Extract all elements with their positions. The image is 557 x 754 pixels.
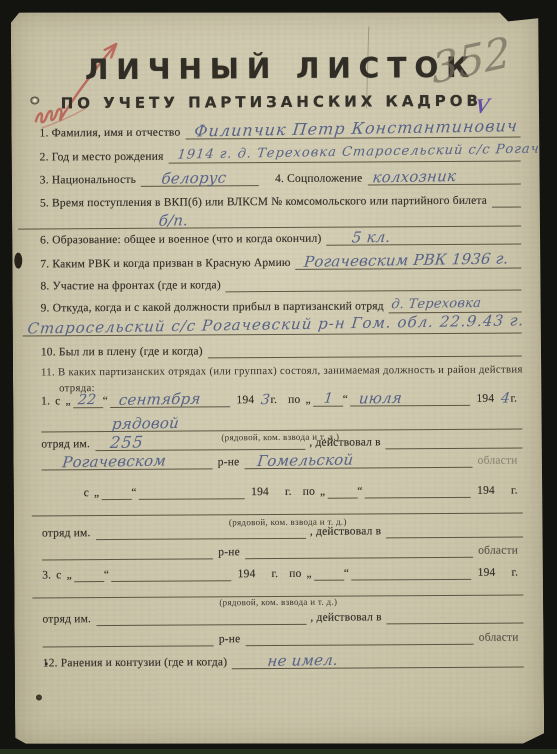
field-party-value: б/п. [158,213,189,227]
form-title: ЛИЧНЫЙ ЛИСТОК [81,51,481,86]
entry-2-position-line [32,500,523,517]
entry-3-from-month-line [111,567,232,582]
token-194: 194 [476,393,494,406]
token-g: г. [285,486,292,499]
field-fronts-label: 8. Участие на фронтах (где и когда) [40,279,221,293]
field-rvk: 7. Каким РВК и когда призван в Красную А… [40,255,521,272]
token-oblasti: области [478,545,518,558]
field-social-line: колхозник [367,171,520,186]
token-quote-close: “ [357,485,362,498]
entry-3-region-line [245,631,473,646]
field-rvk-label: 7. Каким РВК и когда призван в Красную А… [40,257,290,272]
entry-1-unit: 255 [109,435,144,450]
token-s: с [55,395,60,408]
entry-3-to-day-line [314,567,344,581]
field-fronts-line [226,277,522,293]
entry-1-area-line [386,435,523,450]
field-party-line [492,194,521,208]
scan-edge-strip [0,749,557,754]
service-entry-2-unit-row: отряд им. , действовал в [42,524,523,541]
token-s: с [56,569,61,582]
service-entry-1-position-row: рядовой [41,416,522,433]
entry-3-area-line [387,610,524,625]
field-birth-line: 1914 г. д. Тереховка Старосельский с/с Р… [169,148,521,164]
entry-3-district-line [43,632,214,647]
entry-2-to-day-line [327,485,357,499]
field-wounds-label: 12. Ранения и контузии (где и когда) [43,656,228,670]
field-surname-value: Филипчик Петр Константинович [193,119,518,138]
token-deystvoval: , действовал в [310,611,381,624]
check-mark: V [474,93,492,119]
token-g: г. [271,568,278,581]
field-arrival-line2-rule: Старосельский с/с Рогачевский р-н Гом. о… [23,320,522,337]
entry-1-from-year-digit: 3 [260,393,271,407]
token-deystvoval: , действовал в [309,436,380,449]
entry-1-to-day-line: 1 [313,393,343,407]
field-social-value: колхозник [371,169,456,184]
field-birth-value: 1914 г. д. Тереховка Старосельский с/с Р… [177,142,557,163]
token-194: 194 [478,567,496,580]
token-quote-close: “ [344,568,349,581]
service-entry-3-unit-row: отряд им. , действовал в [42,610,523,627]
field-social-label: 4. Соцположение [275,172,362,186]
document-scan: { "colors": { "paper": "#cdc7ad", "print… [0,0,557,754]
token-deystvoval: , действовал в [310,525,381,538]
field-captivity: 10. Был ли в плену (где и когда) [41,343,522,360]
entry-2-unit-line [96,525,306,540]
field-arrival-value2: Старосельский с/с Рогачевский р-н Гом. о… [27,313,525,335]
paper-speck [36,694,42,700]
entry-1-to-day: 1 [323,392,334,406]
token-quote-open: „ [94,487,99,500]
token-po: по [303,486,315,499]
token-otryad-im: отряд им. [41,438,90,451]
entry-1-unit-line: 255 [95,436,305,451]
entry-3-from-day-line [74,568,104,582]
entry-2-district-line [42,545,213,560]
entry-2-to-month-line [365,484,472,499]
token-194: 194 [477,485,495,498]
token-rne: р-не [218,546,240,559]
field-wounds-value: не имел. [267,653,339,668]
field-education-value: 5 кл. [352,230,392,245]
field-surname-line: Филипчик Петр Константинович [185,124,520,140]
entry-2-from-day-line [101,486,131,500]
entry-1-region: Гомельской [256,453,354,469]
token-g: г. [511,567,518,580]
form-subtitle: ПО УЧЕТУ ПАРТИЗАНСКИХ КАДРОВ [51,92,491,113]
token-194: 194 [236,394,254,407]
entry-3-unit-line [96,611,306,626]
service-entry-2-position-row [32,500,523,517]
field-party: 5. Время поступления в ВКП(б) или ВЛКСМ … [40,194,521,211]
entry-1-position-line: рядовой [41,416,522,433]
entry-3-to-month-line [351,566,472,581]
token-quote-open: „ [305,394,310,407]
entry-2-from-month-line [139,485,246,500]
entry-1-position: рядовой [111,416,179,431]
field-birth: 2. Год и место рождения 1914 г. д. Терех… [40,148,521,165]
entry-1-from-day: 22 [77,393,97,407]
token-g: г. [511,485,518,498]
token-rne: р-не [218,456,240,469]
field-units-label-line1: 11. В каких партизанских отрядах (или гр… [41,364,523,379]
entry-2-region-line [245,544,473,559]
service-entry-1-unit-row: отряд им. 255 , действовал в [41,435,522,452]
entry-1-to-month-line: июля [350,392,470,407]
service-entry-3-district-row: р-не области [43,631,524,648]
token-quote-close: “ [131,487,136,500]
token-otryad-im: отряд им. [42,613,91,626]
ink-stain [14,253,22,269]
entry-1-number: 1. [41,395,50,408]
token-quote-open: „ [65,395,70,408]
field-arrival-label: 9. Откуда, когда и с какой должности при… [41,300,384,315]
punch-hole [30,96,39,104]
field-education-line: 5 кл. [326,231,521,246]
field-party-line2: б/п. [18,213,521,230]
entry-3-number: 3. [42,569,51,582]
token-po: по [288,394,300,407]
token-194: 194 [238,568,256,581]
service-entry-3-dates: 3. с „ “ 194 г. по „ “ 194 г. [42,566,523,583]
field-education-label: 6. Образование: общее и военное (что и к… [40,233,321,248]
token-quote-close: “ [103,395,108,408]
entry-1-from-month-line: сентября [110,393,230,408]
service-entry-3-position-row [32,582,523,599]
token-oblasti: области [479,632,519,645]
entry-3-position-line [32,582,523,599]
field-arrival-line2: Старосельский с/с Рогачевский р-н Гом. о… [23,320,522,337]
token-rne: р-не [219,633,241,646]
field-wounds: 12. Ранения и контузии (где и когда) не … [43,654,524,671]
field-nationality-social: 3. Национальность белорус 4. Соцположени… [40,171,521,188]
field-captivity-line [208,343,522,359]
token-po: по [289,568,301,581]
field-party-label: 5. Время поступления в ВКП(б) или ВЛКСМ … [40,195,487,211]
token-g: г. [510,393,517,406]
entry-1-district: Рогачевском [62,454,167,470]
field-wounds-line: не имел. [232,654,524,670]
field-surname: 1. Фамилия, имя и отчество Филипчик Петр… [39,124,520,141]
token-quote-close: “ [104,569,109,582]
token-quote-open: „ [306,568,311,581]
field-nationality-label: 3. Национальность [40,174,136,188]
field-party-line2-rule: б/п. [18,213,521,230]
token-194: 194 [251,486,269,499]
scanned-form-sheet: ЛИЧНЫЙ ЛИСТОК 352 ПО УЧЕТУ ПАРТИЗАНСКИХ … [11,9,544,746]
service-entry-1-dates: 1. с „ 22 “ сентября 194 3 г. по „ 1 “ и… [41,392,522,409]
entry-1-district-line: Рогачевском [41,455,212,470]
entry-1-from-day-line: 22 [73,394,103,408]
field-fronts: 8. Участие на фронтах (где и когда) [40,277,521,294]
field-surname-label: 1. Фамилия, имя и отчество [39,127,180,141]
field-rvk-line: Рогачевским РВК 1936 г. [296,255,522,270]
token-g: г. [270,394,277,407]
field-rvk-value: Рогачевским РВК 1936 г. [304,251,510,268]
service-entry-2-dates: с „ “ 194 г. по „ “ 194 г. [84,484,523,501]
token-quote-open: „ [67,569,72,582]
field-nationality-line: белорус [141,172,259,187]
field-captivity-label: 10. Был ли в плену (где и когда) [41,345,203,359]
field-arrival-value1: д. Тереховка [391,297,482,312]
token-otryad-im: отряд им. [42,527,91,540]
token-oblasti: области [478,455,518,468]
token-quote-close: “ [343,394,348,407]
entry-1-to-year-digit: 4 [500,391,511,405]
field-education: 6. Образование: общее и военное (что и к… [40,231,521,248]
entry-1-region-line: Гомельской [244,454,472,469]
service-entry-1-district-row: Рогачевском р-не Гомельской области [41,454,522,471]
token-s: с [84,487,89,500]
entry-3-position-hint: (рядовой, ком. взвода и т. д.) [219,597,337,608]
entry-2-area-line [386,524,523,539]
field-birth-label: 2. Год и место рождения [40,151,164,165]
service-entry-2-district-row: р-не области [42,544,523,561]
token-quote-open: „ [320,486,325,499]
field-nationality-value: белорус [161,171,227,186]
entry-1-to-month: июля [358,391,403,406]
entry-1-from-month: сентября [118,392,201,407]
registry-number: 352 [430,27,512,93]
